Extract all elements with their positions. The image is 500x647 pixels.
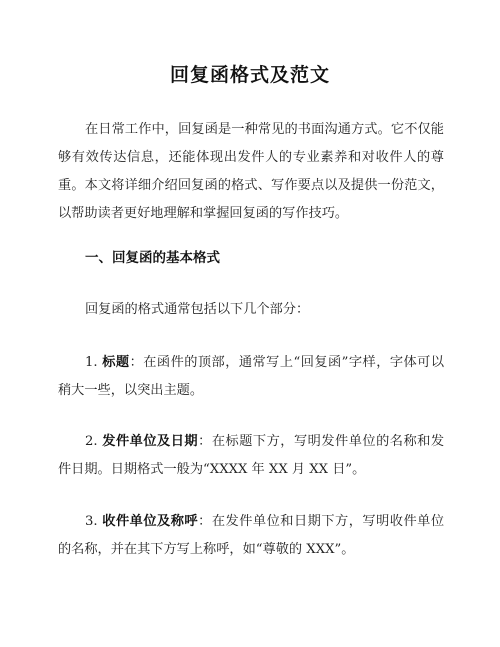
intro-paragraph: 在日常工作中，回复函是一种常见的书面沟通方式。它不仅能够有效传达信息，还能体现出… xyxy=(58,116,444,228)
section-lead-paragraph: 回复函的格式通常包括以下几个部分： xyxy=(58,296,444,324)
list-item-number: 2. xyxy=(85,434,102,449)
list-item-number: 1. xyxy=(85,355,102,370)
list-item-recipient-and-salutation: 3. 收件单位及称呼：在发件单位和日期下方，写明收件单位的名称，并在其下方写上称… xyxy=(58,508,444,564)
list-item-label: 发件单位及日期 xyxy=(102,434,198,449)
list-item-label: 标题 xyxy=(102,355,129,370)
document-title: 回复函格式及范文 xyxy=(0,60,500,87)
document-page: 回复函格式及范文 在日常工作中，回复函是一种常见的书面沟通方式。它不仅能够有效传… xyxy=(0,0,500,647)
section-heading: 一、回复函的基本格式 xyxy=(85,246,220,266)
list-item-separator: ： xyxy=(198,434,212,449)
list-item-label: 收件单位及称呼 xyxy=(102,514,198,529)
list-item-separator: ： xyxy=(130,355,144,370)
list-item-number: 3. xyxy=(85,514,102,529)
list-item-separator: ： xyxy=(198,514,212,529)
list-item-sender-and-date: 2. 发件单位及日期：在标题下方，写明发件单位的名称和发件日期。日期格式一般为“… xyxy=(58,428,444,484)
list-item-title: 1. 标题：在函件的顶部，通常写上“回复函”字样，字体可以稍大一些，以突出主题。 xyxy=(58,349,444,405)
